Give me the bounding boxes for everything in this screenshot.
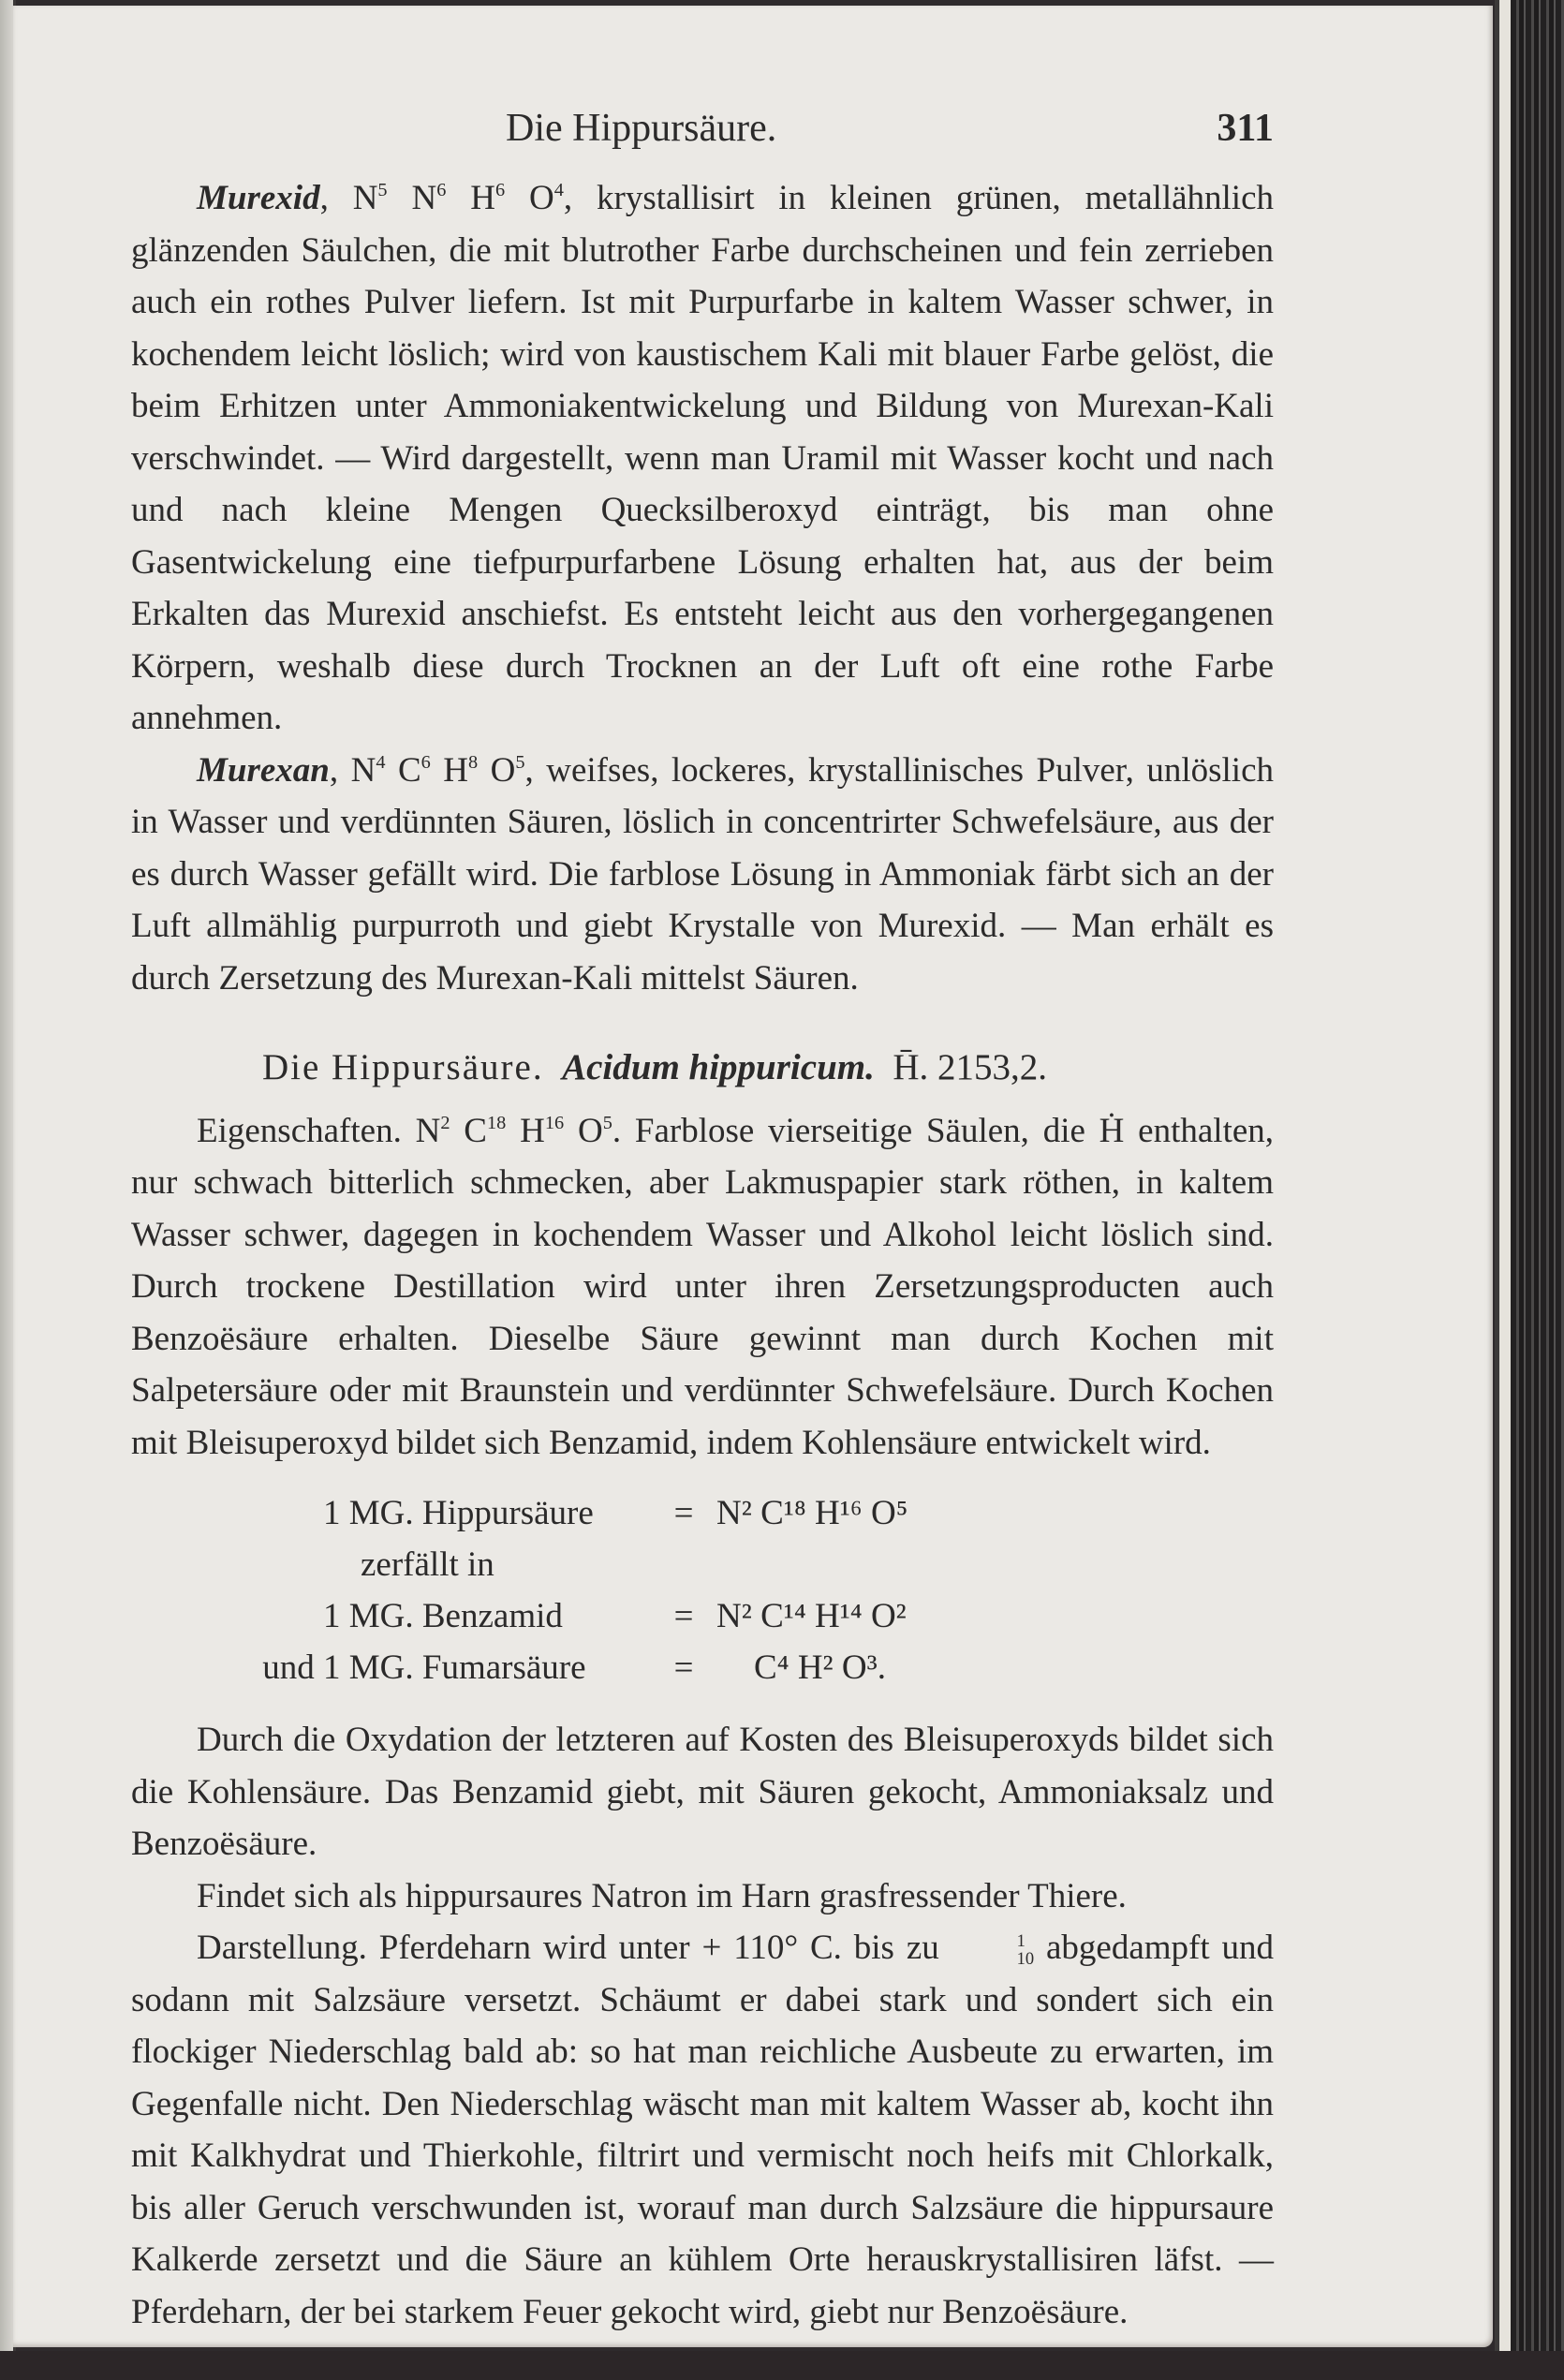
equals-sign: = [651,1590,716,1643]
formula-murexid: N5 N6 H6 O4 [353,179,564,217]
formula-hippursaeure: N2 C18 H16 O5 [416,1112,612,1150]
paragraph-murexid: Murexid, N5 N6 H6 O4, krystallisirt in k… [131,172,1274,745]
reaction-equations: 1 MG. Hippursäure = N² C¹⁸ H¹⁶ O⁵ zerfäl… [131,1487,1274,1693]
equation-formula: C⁴ H² O³. [716,1642,1274,1694]
page-text-block: Die Hippursäure. 311 Murexid, N5 N6 H6 O… [131,103,1274,2338]
equation-row: 1 MG. Hippursäure = N² C¹⁸ H¹⁶ O⁵ [131,1487,1274,1539]
page-edge [1495,0,1511,2356]
equation-prefix: und [262,1648,315,1687]
paragraph-darstellung: Darstellung. Pferdeharn wird unter + 110… [131,1922,1274,2338]
equation-formula: N² C¹⁸ H¹⁶ O⁵ [716,1487,1274,1540]
section-symbol: H̄. [893,1047,928,1087]
book-cover-edge [1511,0,1564,2380]
equation-row: zerfällt in [131,1539,1274,1590]
murexid-description: , krystallisirt in kleinen grünen, metal… [131,179,1274,737]
page-number: 311 [1217,103,1274,155]
section-latin-name: Acidum hippuricum. [562,1047,875,1087]
equation-formula: N² C¹⁴ H¹⁴ O² [716,1590,1274,1643]
darstellung-text-a: Pferdeharn wird unter + 110° C. bis zu [367,1929,952,1967]
equals-sign: = [651,1642,716,1694]
darstellung-label: Darstellung. [197,1929,367,1967]
water-symbol: Ḣ [1099,1112,1125,1150]
equation-row: und 1 MG. Fumarsäure = C⁴ H² O³. [131,1642,1274,1693]
eigenschaften-label: Eigenschaften. [197,1112,402,1150]
paragraph-vorkommen: Findet sich als hippursaures Natron im H… [131,1870,1274,1923]
paragraph-oxydation: Durch die Oxydation der letzteren auf Ko… [131,1714,1274,1870]
section-heading: Die Hippursäure. Acidum hippuricum. H̄. … [262,1042,1274,1094]
equation-row: 1 MG. Benzamid = N² C¹⁴ H¹⁴ O² [131,1590,1274,1642]
section-title: Die Hippursäure. [262,1047,544,1087]
paragraph-eigenschaften: Eigenschaften. N2 C18 H16 O5. Farblose v… [131,1105,1274,1470]
running-head: Die Hippursäure. 311 [131,103,1274,159]
equals-sign: = [651,1487,716,1540]
paragraph-murexan: Murexan, N4 C6 H8 O5, weifses, lockeres,… [131,745,1274,1005]
term-murexan: Murexan [197,751,330,790]
equation-label: 1 MG. Hippursäure [323,1487,642,1540]
fraction-one-tenth: 110 [952,1933,1035,1968]
running-title: Die Hippursäure. [506,103,776,155]
term-murexid: Murexid [197,179,320,217]
equation-label: 1 MG. Benzamid [323,1590,642,1643]
equation-label: 1 MG. Fumarsäure [323,1642,642,1694]
eigenschaften-text-a: . Farblose vierseitige Säulen, die [612,1112,1099,1150]
formula-murexan: N4 C6 H8 O5 [351,751,525,790]
scan-background [0,2351,1564,2380]
section-reference: 2153,2. [937,1047,1047,1087]
darstellung-text-b: abgedampft und sodann mit Salzsäure vers… [131,1929,1274,2331]
eigenschaften-text-b: enthalten, nur schwach bitterlich schmec… [131,1112,1274,1462]
equation-connector: zerfällt in [131,1539,494,1591]
